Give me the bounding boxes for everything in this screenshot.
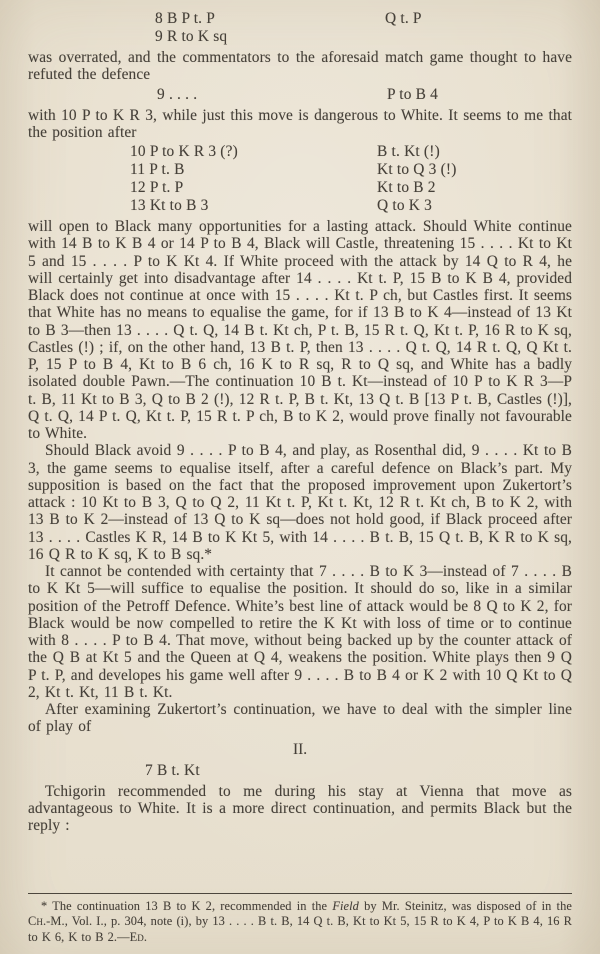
paragraph-overrated: was overrated, and the commentators to t…	[28, 49, 572, 84]
footnote-ed-abbrev: Ed.	[130, 930, 147, 944]
moves-block-10-13: 10 P to K R 3 (?) B t. Kt (!) 11 P t. B …	[28, 143, 572, 215]
footnote-segment: by Mr. Steinitz, was disposed of in the	[359, 899, 572, 913]
moves-block-8-9: 8 B P t. P Q t. P 9 R to K sq	[28, 10, 572, 46]
black-move: P to B 4	[387, 86, 438, 104]
book-page: 8 B P t. P Q t. P 9 R to K sq was overra…	[0, 0, 600, 954]
move-row: 12 P t. P Kt to B 2	[28, 179, 572, 197]
footnote-segment: * The continuation 13 B to K 2, recommen…	[41, 899, 332, 913]
white-move: 11 P t. B	[130, 161, 185, 179]
white-move: 12 P t. P	[130, 179, 183, 197]
footnote-rule	[28, 893, 572, 894]
footnote: * The continuation 13 B to K 2, recommen…	[28, 899, 572, 945]
white-move: 10 P to K R 3 (?)	[130, 143, 238, 161]
move-row: 10 P to K R 3 (?) B t. Kt (!)	[28, 143, 572, 161]
black-move: Kt to Q 3 (!)	[377, 161, 457, 179]
white-move: 8 B P t. P	[155, 10, 215, 28]
paragraph-tchigorin: Tchigorin recommended to me during his s…	[28, 783, 572, 835]
footnote-chm-abbrev: Ch.-M.,	[28, 914, 68, 928]
paragraph-should-black: Should Black avoid 9 . . . . P to B 4, a…	[28, 442, 572, 563]
paragraph-with10: with 10 P to K R 3, while just this move…	[28, 107, 572, 142]
footnote-segment: Vol. I., p. 304, note (i), by 13 . . . .…	[28, 914, 572, 943]
black-move: B t. Kt (!)	[377, 143, 440, 161]
paragraph-will-open: will open to Black many opportunities fo…	[28, 218, 572, 442]
move-row: 8 B P t. P Q t. P	[28, 10, 572, 28]
black-move: Q to K 3	[377, 197, 432, 215]
moves-block-9: 9 . . . . P to B 4	[28, 86, 572, 104]
footnote-field-title: Field	[332, 899, 359, 913]
move-row: 9 R to K sq	[28, 28, 572, 46]
paragraph-it-cannot: It cannot be contended with certainty th…	[28, 563, 572, 701]
move-row: 11 P t. B Kt to Q 3 (!)	[28, 161, 572, 179]
black-move: Q t. P	[385, 10, 422, 28]
moves-block-7: 7 B t. Kt	[28, 762, 572, 780]
white-move: 9 R to K sq	[155, 28, 227, 46]
white-move: 7 B t. Kt	[145, 762, 200, 780]
move-row: 9 . . . . P to B 4	[28, 86, 572, 104]
white-move: 13 Kt to B 3	[130, 197, 209, 215]
black-move: Kt to B 2	[377, 179, 436, 197]
paragraph-after-examining: After examining Zukertort’s continuation…	[28, 701, 572, 736]
move-row: 13 Kt to B 3 Q to K 3	[28, 197, 572, 215]
move-row: 7 B t. Kt	[28, 762, 572, 780]
footnote-area: * The continuation 13 B to K 2, recommen…	[28, 893, 572, 945]
section-heading-ii: II.	[28, 741, 572, 759]
white-move: 9 . . . .	[157, 86, 197, 104]
